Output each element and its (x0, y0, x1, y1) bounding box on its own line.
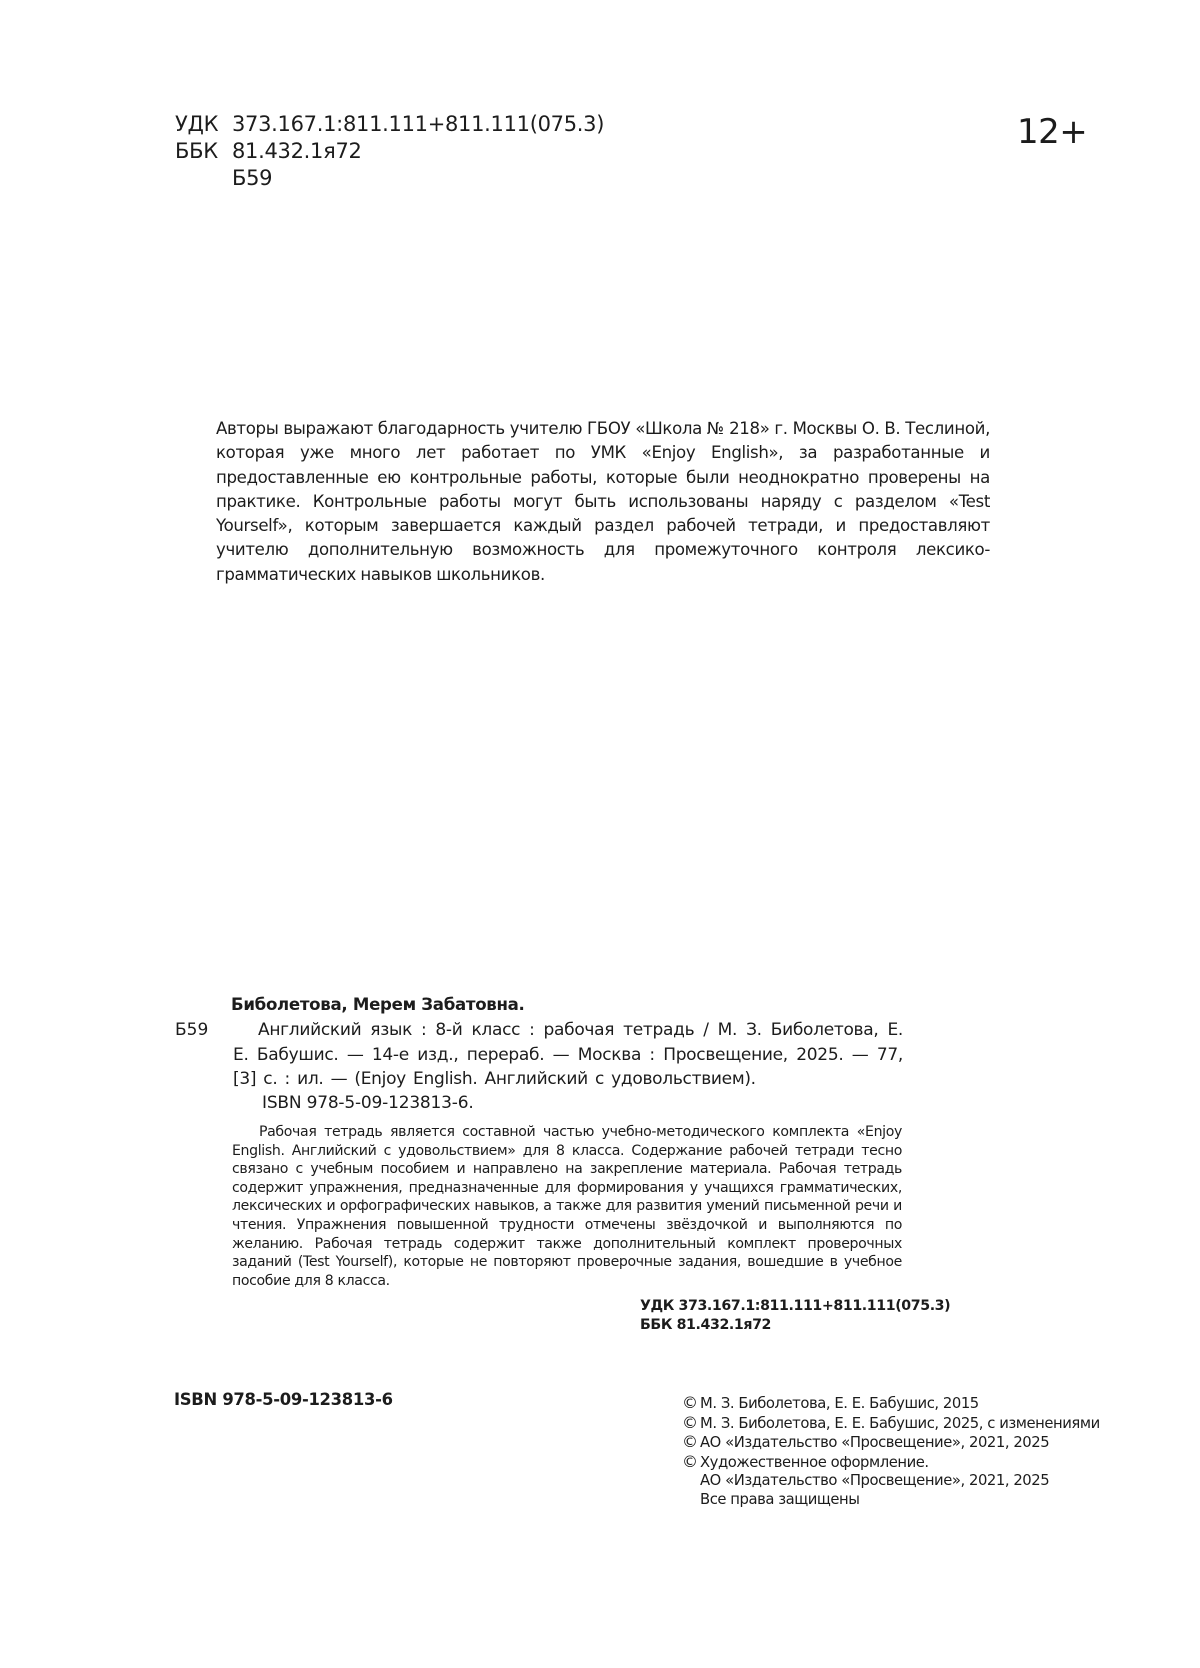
bbk-row: ББК 81.432.1я72 (175, 138, 604, 165)
udk-label: УДК (175, 111, 232, 138)
catalog-bibliographic-description: Английский язык : 8-й класс : рабочая те… (233, 1018, 903, 1092)
copyright-text: АО «Издательство «Просвещение», 2021, 20… (700, 1434, 1049, 1453)
footer-isbn: ISBN 978-5-09-123813-6 (174, 1389, 393, 1411)
copyright-text: Художественное оформление. (700, 1454, 929, 1473)
age-rating: 12+ (1017, 112, 1087, 152)
catalog-annotation: Рабочая тетрадь является составной часть… (232, 1123, 902, 1290)
bbk-label: ББК (175, 138, 232, 165)
copyright-icon: © (682, 1433, 700, 1452)
acknowledgement-paragraph: Авторы выражают благодарность учителю ГБ… (216, 417, 990, 587)
copyright-text: АО «Издательство «Просвещение», 2021, 20… (700, 1472, 1049, 1491)
classification-block: УДК 373.167.1:811.111+811.111(075.3) ББК… (175, 111, 604, 192)
copyright-icon: © (682, 1414, 700, 1433)
copyright-block: ©М. З. Биболетова, Е. Е. Бабушис, 2015©М… (682, 1394, 1100, 1509)
copyright-text: М. З. Биболетова, Е. Е. Бабушис, 2025, с… (700, 1415, 1100, 1434)
copyright-text: М. З. Биболетова, Е. Е. Бабушис, 2015 (700, 1395, 979, 1414)
copyright-line: ©Художественное оформление. (682, 1453, 1100, 1473)
copyright-line: ©М. З. Биболетова, Е. Е. Бабушис, 2015 (682, 1394, 1100, 1414)
catalog-classification-codes: УДК 373.167.1:811.111+811.111(075.3) ББК… (640, 1297, 950, 1335)
catalog-author: Биболетова, Мерем Забатовна. (231, 993, 525, 1017)
catalog-bbk: ББК 81.432.1я72 (640, 1316, 950, 1335)
catalog-isbn: ISBN 978-5-09-123813-6. (262, 1091, 474, 1115)
author-code-label (175, 165, 232, 192)
copyright-line: ©АО «Издательство «Просвещение», 2021, 2… (682, 1433, 1100, 1453)
udk-value: 373.167.1:811.111+811.111(075.3) (232, 111, 604, 138)
copyright-line: Все права защищены (682, 1491, 1100, 1510)
catalog-udk: УДК 373.167.1:811.111+811.111(075.3) (640, 1297, 950, 1316)
author-code-value: Б59 (232, 165, 272, 192)
catalog-code: Б59 (175, 1018, 208, 1042)
copyright-line: ©М. З. Биболетова, Е. Е. Бабушис, 2025, … (682, 1414, 1100, 1434)
copyright-icon: © (682, 1394, 700, 1413)
copyright-text: Все права защищены (700, 1491, 860, 1510)
udk-row: УДК 373.167.1:811.111+811.111(075.3) (175, 111, 604, 138)
bbk-value: 81.432.1я72 (232, 138, 362, 165)
copyright-icon: © (682, 1453, 700, 1472)
author-code-row: Б59 (175, 165, 604, 192)
copyright-line: АО «Издательство «Просвещение», 2021, 20… (682, 1472, 1100, 1491)
